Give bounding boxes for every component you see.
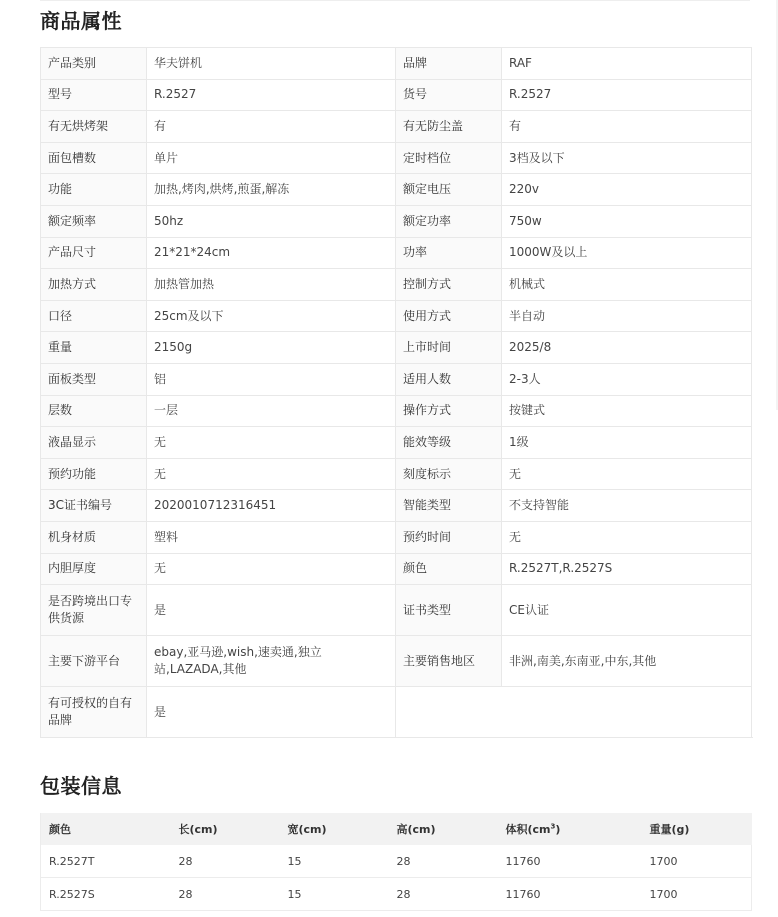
attribute-label: 层数 [41,395,147,427]
attribute-row: 是否跨境出口专供货源是证书类型CE认证 [41,585,752,636]
attribute-label: 货号 [396,79,502,111]
attribute-label: 上市时间 [396,332,502,364]
attribute-label: 内胆厚度 [41,553,147,585]
cell-color: R.2527T [41,845,171,878]
attribute-row: 预约功能无刻度标示无 [41,458,752,490]
attribute-value: 1级 [502,427,752,459]
attribute-row: 面包槽数单片定时档位3档及以下 [41,142,752,174]
attribute-label: 主要销售地区 [396,636,502,687]
attribute-row: 有无烘烤架有有无防尘盖有 [41,111,752,143]
product-attributes-table: 产品类别华夫饼机品牌RAF型号R.2527货号R.2527有无烘烤架有有无防尘盖… [40,47,752,738]
attribute-label: 使用方式 [396,300,502,332]
attribute-value: 无 [147,553,396,585]
attribute-value: 加热管加热 [147,269,396,301]
attribute-label: 3C证书编号 [41,490,147,522]
attribute-value: CE认证 [502,585,752,636]
attribute-label: 口径 [41,300,147,332]
attribute-label: 颜色 [396,553,502,585]
attribute-label: 预约时间 [396,521,502,553]
attribute-row: 主要下游平台ebay,亚马逊,wish,速卖通,独立站,LAZADA,其他主要销… [41,636,752,687]
attribute-row: 重量2150g上市时间2025/8 [41,332,752,364]
attribute-value: 无 [147,458,396,490]
attribute-row: 口径25cm及以下使用方式半自动 [41,300,752,332]
attribute-value: 无 [502,521,752,553]
attribute-value: R.2527 [502,79,752,111]
attribute-row: 功能加热,烤肉,烘烤,煎蛋,解冻额定电压220v [41,174,752,206]
attribute-value: 50hz [147,205,396,237]
attribute-value: 塑料 [147,521,396,553]
cell-height: 28 [389,845,498,878]
attribute-label: 液晶显示 [41,427,147,459]
attribute-row: 机身材质塑料预约时间无 [41,521,752,553]
attribute-label: 面板类型 [41,363,147,395]
attribute-value: 有 [502,111,752,143]
attribute-label: 智能类型 [396,490,502,522]
attribute-value: 无 [147,427,396,459]
attribute-row: 型号R.2527货号R.2527 [41,79,752,111]
cell-weight: 1700 [642,878,752,911]
attribute-value: 3档及以下 [502,142,752,174]
attribute-label: 主要下游平台 [41,636,147,687]
attribute-label: 有可授权的自有品牌 [41,687,147,738]
attribute-label: 能效等级 [396,427,502,459]
attribute-label: 预约功能 [41,458,147,490]
attribute-value: 加热,烤肉,烘烤,煎蛋,解冻 [147,174,396,206]
attribute-label: 操作方式 [396,395,502,427]
attribute-row: 液晶显示无能效等级1级 [41,427,752,459]
attribute-label: 额定电压 [396,174,502,206]
attribute-row: 产品类别华夫饼机品牌RAF [41,48,752,80]
attribute-label: 品牌 [396,48,502,80]
attribute-row: 有可授权的自有品牌是 [41,687,752,738]
attribute-value: 2025/8 [502,332,752,364]
header-volume: 体积(cm3) [498,813,642,845]
attribute-label: 定时档位 [396,142,502,174]
cell-color: R.2527S [41,878,171,911]
attribute-value: R.2527 [147,79,396,111]
attribute-value: 华夫饼机 [147,48,396,80]
attribute-label: 证书类型 [396,585,502,636]
attribute-value: 21*21*24cm [147,237,396,269]
attribute-value: 铝 [147,363,396,395]
attribute-row: 层数一层操作方式按键式 [41,395,752,427]
attribute-value: 220v [502,174,752,206]
attribute-value: 25cm及以下 [147,300,396,332]
header-color: 颜色 [41,813,171,845]
attribute-value: 750w [502,205,752,237]
cell-volume: 11760 [498,878,642,911]
attribute-label: 机身材质 [41,521,147,553]
attribute-row: 额定频率50hz额定功率750w [41,205,752,237]
attribute-label: 重量 [41,332,147,364]
attribute-label: 有无烘烤架 [41,111,147,143]
attribute-value: 非洲,南美,东南亚,中东,其他 [502,636,752,687]
attribute-label: 刻度标示 [396,458,502,490]
top-divider [40,0,750,1]
attribute-label: 额定频率 [41,205,147,237]
attribute-value: ebay,亚马逊,wish,速卖通,独立站,LAZADA,其他 [147,636,396,687]
packaging-table: 颜色 长(cm) 宽(cm) 高(cm) 体积(cm3) 重量(g) R.252… [40,813,752,911]
attribute-value: 无 [502,458,752,490]
attribute-value: 按键式 [502,395,752,427]
attribute-value: 2020010712316451 [147,490,396,522]
cell-length: 28 [171,878,280,911]
attribute-label: 是否跨境出口专供货源 [41,585,147,636]
product-attributes-title: 商品属性 [40,5,122,34]
attribute-label: 产品尺寸 [41,237,147,269]
attribute-row: 产品尺寸21*21*24cm功率1000W及以上 [41,237,752,269]
cell-width: 15 [280,845,389,878]
attribute-value: 单片 [147,142,396,174]
attribute-value: 2-3人 [502,363,752,395]
attribute-value: 1000W及以上 [502,237,752,269]
attribute-label: 功能 [41,174,147,206]
attribute-value: 半自动 [502,300,752,332]
header-length: 长(cm) [171,813,280,845]
table-row: R.2527S 28 15 28 11760 1700 [41,878,752,911]
attribute-label: 面包槽数 [41,142,147,174]
attribute-value: 机械式 [502,269,752,301]
attribute-label: 加热方式 [41,269,147,301]
cell-weight: 1700 [642,845,752,878]
attribute-value: 2150g [147,332,396,364]
attribute-label: 额定功率 [396,205,502,237]
attribute-value: 一层 [147,395,396,427]
attribute-value: RAF [502,48,752,80]
attribute-value [396,687,752,738]
cell-width: 15 [280,878,389,911]
attribute-value: 是 [147,585,396,636]
cell-height: 28 [389,878,498,911]
attribute-row: 面板类型铝适用人数2-3人 [41,363,752,395]
packaging-header-row: 颜色 长(cm) 宽(cm) 高(cm) 体积(cm3) 重量(g) [41,813,752,845]
attribute-row: 内胆厚度无颜色R.2527T,R.2527S [41,553,752,585]
packaging-info-title: 包装信息 [40,770,122,799]
header-height: 高(cm) [389,813,498,845]
cell-volume: 11760 [498,845,642,878]
attribute-value: R.2527T,R.2527S [502,553,752,585]
header-weight: 重量(g) [642,813,752,845]
attribute-label: 有无防尘盖 [396,111,502,143]
attribute-value: 是 [147,687,396,738]
attribute-label: 产品类别 [41,48,147,80]
attribute-value: 不支持智能 [502,490,752,522]
header-width: 宽(cm) [280,813,389,845]
attribute-label: 控制方式 [396,269,502,301]
attribute-label: 适用人数 [396,363,502,395]
cell-length: 28 [171,845,280,878]
attribute-row: 3C证书编号2020010712316451智能类型不支持智能 [41,490,752,522]
attribute-row: 加热方式加热管加热控制方式机械式 [41,269,752,301]
table-row: R.2527T 28 15 28 11760 1700 [41,845,752,878]
attribute-value: 有 [147,111,396,143]
attribute-label: 型号 [41,79,147,111]
attribute-label: 功率 [396,237,502,269]
